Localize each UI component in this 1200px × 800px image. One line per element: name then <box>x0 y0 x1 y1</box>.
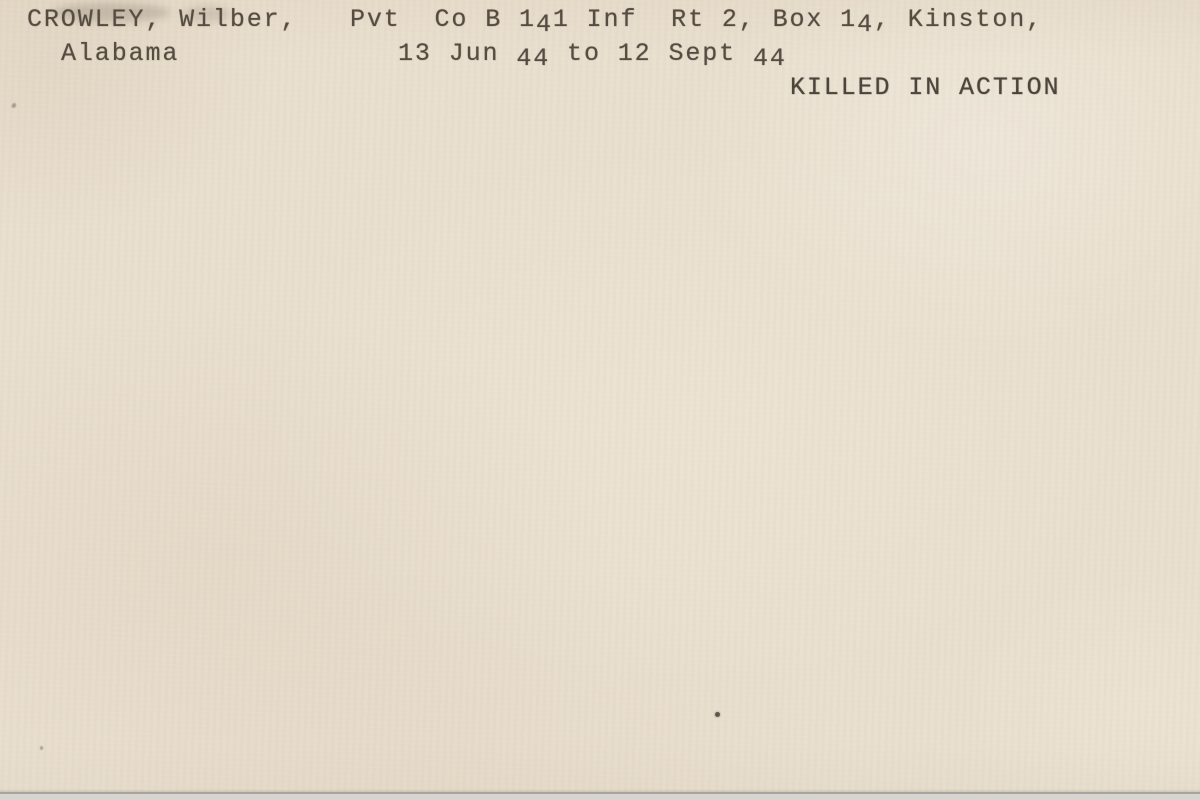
soldier-name: CROWLEY, Wilber, <box>27 5 297 35</box>
scanned-index-card: CROWLEY, Wilber, Pvt Co B 141 Inf Rt 2, … <box>0 0 1200 800</box>
card-bottom-edge <box>0 792 1200 800</box>
paper-grain-texture <box>0 0 1200 800</box>
rank-unit-address-line: Pvt Co B 141 Inf Rt 2, Box 14, Kinston, <box>350 5 1043 35</box>
service-dates: 13 Jun 44 to 12 Sept 44 <box>398 39 787 69</box>
ink-speck <box>40 746 43 750</box>
casualty-status: KILLED IN ACTION <box>790 73 1060 103</box>
ink-speck <box>715 712 720 717</box>
residence-state: Alabama <box>61 39 179 69</box>
ink-speck <box>11 102 17 108</box>
